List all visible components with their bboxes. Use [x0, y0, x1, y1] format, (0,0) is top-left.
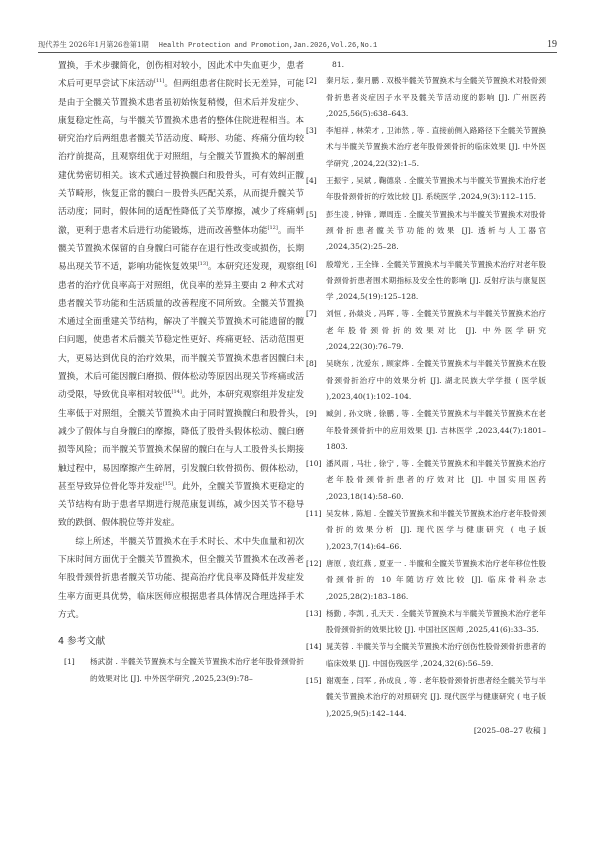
reference-item: [7]刘恒 , 孙燚炎 , 冯晖 , 等 . 全髋关节置换术与半髋关节置换术治疗…	[306, 306, 546, 355]
reference-number: [15]	[306, 673, 326, 722]
reference-item: [1] 杨武澍 . 半髋关节置换术与全髋关节置换术治疗老年股骨颈骨折的效果对比 …	[58, 654, 304, 687]
reference-number: [3]	[306, 123, 326, 172]
reference-number: [2]	[306, 73, 326, 122]
reference-text: 潘风雨 , 马壮 , 徐宁 , 等 . 全髋关节置换术和半髋关节置换术治疗老年股…	[326, 456, 546, 505]
page-number: 19	[547, 39, 557, 50]
reference-item: [5]彭生凌 , 钟锋 , 谭周连 . 全髋关节置换术与半髋关节置换术对股骨颈骨…	[306, 207, 546, 256]
reference-item: [4]王振宇 , 吴斌 , 鞠德泉 . 全髋关节置换术与半髋关节置换术治疗老年股…	[306, 173, 546, 206]
reference-text: 吴晓东 , 沈爱东 , 顾家烨 . 全髋关节置换术与半髋关节置换术在股骨颈骨折治…	[326, 356, 546, 405]
journal-name-en: Health Protection and Promotion,Jan.2026…	[159, 42, 377, 50]
reference-number: [14]	[306, 639, 326, 672]
reference-item: [11]吴发林 , 陈旭 . 全髋关节置换术和半髋关节置换术治疗老年股骨颈骨折的…	[306, 506, 546, 555]
reference-item: [3]李旭祥 , 林荣才 , 卫沛然 , 等 . 直接前侧入路路径下全髋关节置换…	[306, 123, 546, 172]
citation-marker: [14]	[172, 389, 182, 395]
reference-text: 李旭祥 , 林荣才 , 卫沛然 , 等 . 直接前侧入路路径下全髋关节置换术与半…	[326, 123, 546, 172]
citation-marker: [12]	[268, 225, 278, 231]
reference-number: [7]	[306, 306, 326, 355]
reference-text: 晁芙蓉 . 半髋关节与全髋关节置换术治疗创伤性股骨颈骨折患者的临床效果 [J].…	[326, 639, 546, 672]
reference-item: [9]臧剑 , 孙文晓 , 徐鹏 , 等 . 全髋关节置换术与半髋关节置换术在老…	[306, 406, 546, 455]
reference-item: [15]谢观奎 , 闫军 , 孙成良 , 等 . 老年股骨颈骨折患者经全髋关节与…	[306, 673, 546, 722]
reference-list: [2]秦月坛 , 秦月鹏 . 双极半髋关节置换术与全髋关节置换术对股骨颈骨折患者…	[306, 73, 546, 722]
reference-text: 殷增光 , 王全锋 . 全髋关节置换术与半髋关节置换术治疗对老年股骨颈骨折患者围…	[326, 257, 546, 306]
reference-text: 臧剑 , 孙文晓 , 徐鹏 , 等 . 全髋关节置换术与半髋关节置换术在老年股骨…	[326, 406, 546, 455]
citation-marker: [11]	[154, 78, 164, 84]
reference-number: [12]	[306, 556, 326, 605]
reference-item: [13]杨勤 , 李凯 , 孔天天 . 全髋关节置换术与半髋关节置换术治疗老年股…	[306, 606, 546, 639]
reference-item: [14]晁芙蓉 . 半髋关节与全髋关节置换术治疗创伤性股骨颈骨折患者的临床效果 …	[306, 639, 546, 672]
conclusion-paragraph: 综上所述，半髋关节置换术在手术时长、术中失血量和初次下床时间方面优于全髋关节置换…	[58, 533, 304, 624]
reference-number: [4]	[306, 173, 326, 206]
right-column: 81. [2]秦月坛 , 秦月鹏 . 双极半髋关节置换术与全髋关节置换术对股骨颈…	[306, 57, 546, 739]
reference-number: [1]	[58, 654, 90, 687]
reference-text: 王振宇 , 吴斌 , 鞠德泉 . 全髋关节置换术与半髋关节置换术治疗老年股骨颈骨…	[326, 173, 546, 206]
reference-text: 唐原 , 袁红燕 , 夏亚一 . 半髋和全髋关节置换术治疗老年移位性股骨颈骨折的…	[326, 556, 546, 605]
reference-text: 吴发林 , 陈旭 . 全髋关节置换术和半髋关节置换术治疗老年股骨颈骨折的效果分析…	[326, 506, 546, 555]
reference-number: [5]	[306, 207, 326, 256]
reference-text: 刘恒 , 孙燚炎 , 冯晖 , 等 . 全髋关节置换术与半髋关节置换术治疗老年股…	[326, 306, 546, 355]
reference-item: [12]唐原 , 袁红燕 , 夏亚一 . 半髋和全髋关节置换术治疗老年移位性股骨…	[306, 556, 546, 605]
citation-marker: [15]	[163, 481, 173, 487]
reference-number: [13]	[306, 606, 326, 639]
reference-item: [2]秦月坛 , 秦月鹏 . 双极半髋关节置换术与全髋关节置换术对股骨颈骨折患者…	[306, 73, 546, 122]
reference-text: 谢观奎 , 闫军 , 孙成良 , 等 . 老年股骨颈骨折患者经全髋关节与半髋关节…	[326, 673, 546, 722]
reference-continuation: 81.	[306, 57, 546, 73]
left-column: 置换，手术步骤简化，创伤相对较小，因此术中失血更少，患者术后可更早尝试下床活动[…	[58, 57, 304, 688]
body-paragraph: 置换，手术步骤简化，创伤相对较小，因此术中失血更少，患者术后可更早尝试下床活动[…	[58, 57, 304, 533]
reference-number: [8]	[306, 356, 326, 405]
received-date: [2025–08–27 收稿 ]	[306, 723, 546, 739]
reference-item: [10]潘风雨 , 马壮 , 徐宁 , 等 . 全髋关节置换术和半髋关节置换术治…	[306, 456, 546, 505]
reference-text: 杨武澍 . 半髋关节置换术与全髋关节置换术治疗老年股骨颈骨折的效果对比 [J].…	[90, 654, 304, 687]
journal-name-cn: 现代养生 2026年1月第26卷第1期	[38, 40, 149, 50]
reference-number: [6]	[306, 257, 326, 306]
running-header: 现代养生 2026年1月第26卷第1期 Health Protection an…	[38, 34, 557, 53]
reference-text: 杨勤 , 李凯 , 孔天天 . 全髋关节置换术与半髋关节置换术治疗老年股骨颈骨折…	[326, 606, 546, 639]
reference-text: 彭生凌 , 钟锋 , 谭周连 . 全髋关节置换术与半髋关节置换术对股骨颈骨折患者…	[326, 207, 546, 256]
reference-item: [6]殷增光 , 王全锋 . 全髋关节置换术与半髋关节置换术治疗对老年股骨颈骨折…	[306, 257, 546, 306]
reference-number: [9]	[306, 406, 326, 455]
reference-text: 秦月坛 , 秦月鹏 . 双极半髋关节置换术与全髋关节置换术对股骨颈骨折患者炎症因…	[326, 73, 546, 122]
reference-item: [8]吴晓东 , 沈爱东 , 顾家烨 . 全髋关节置换术与半髋关节置换术在股骨颈…	[306, 356, 546, 405]
citation-marker: [13]	[198, 261, 208, 267]
references-heading: 4 参考文献	[58, 634, 304, 650]
reference-number: [11]	[306, 506, 326, 555]
reference-number: [10]	[306, 456, 326, 505]
